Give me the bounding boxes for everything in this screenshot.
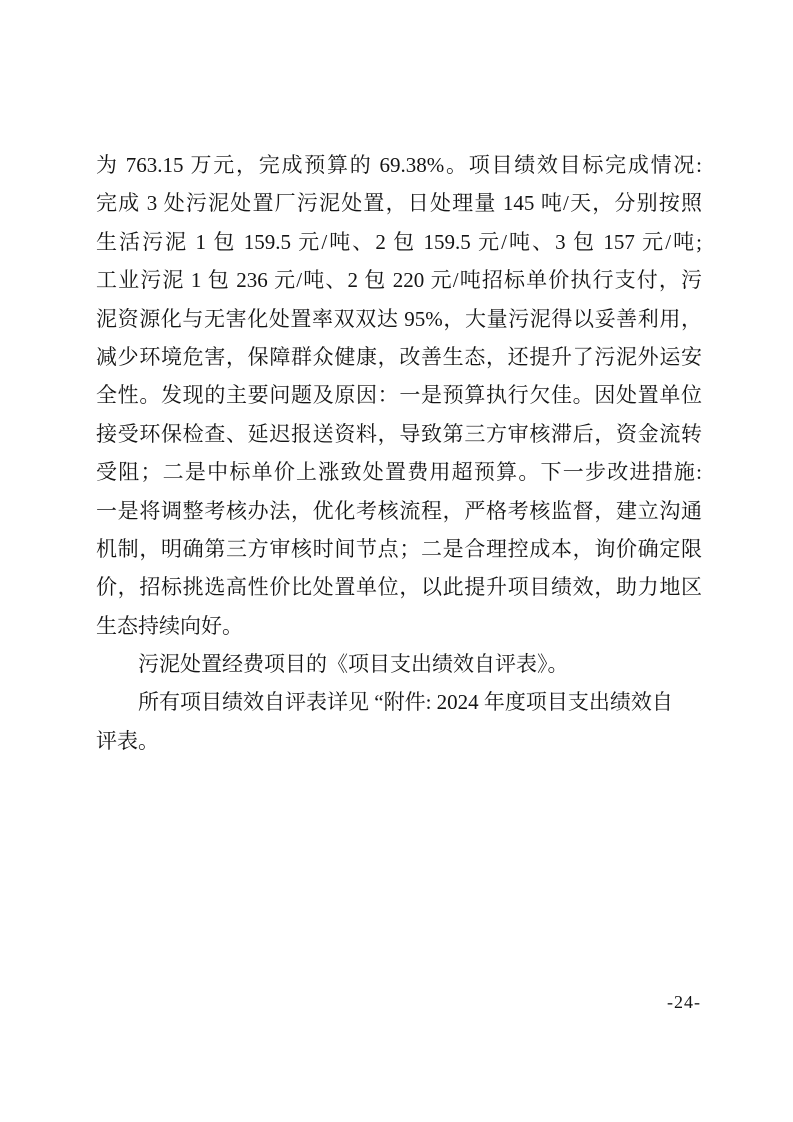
- text-line: 接受环保检查、延迟报送资料，导致第三方审核滞后，资金流转: [96, 415, 702, 453]
- text-line: 机制，明确第三方审核时间节点；二是合理控成本，询价确定限: [96, 530, 702, 568]
- text-line: 生活污泥 1 包 159.5 元/吨、2 包 159.5 元/吨、3 包 157…: [96, 223, 702, 261]
- text-line: 泥资源化与无害化处置率双双达 95%，大量污泥得以妥善利用，: [96, 300, 702, 338]
- text-line: 评表。: [96, 722, 702, 760]
- text-line: 污泥处置经费项目的《项目支出绩效自评表》。: [96, 645, 702, 683]
- text-line: 受阻；二是中标单价上涨致处置费用超预算。下一步改进措施:: [96, 453, 702, 491]
- body-text: 为 763.15 万元，完成预算的 69.38%。项目绩效目标完成情况: 完成 …: [96, 146, 702, 760]
- text-line: 一是将调整考核办法，优化考核流程，严格考核监督，建立沟通: [96, 492, 702, 530]
- text-line: 完成 3 处污泥处置厂污泥处置，日处理量 145 吨/天，分别按照: [96, 184, 702, 222]
- text-line: 为 763.15 万元，完成预算的 69.38%。项目绩效目标完成情况:: [96, 146, 702, 184]
- page-number: -24-: [667, 991, 701, 1013]
- text-line: 价，招标挑选高性价比处置单位，以此提升项目绩效，助力地区: [96, 568, 702, 606]
- text-line: 生态持续向好。: [96, 607, 702, 645]
- document-page: 为 763.15 万元，完成预算的 69.38%。项目绩效目标完成情况: 完成 …: [0, 0, 793, 1122]
- text-line: 工业污泥 1 包 236 元/吨、2 包 220 元/吨招标单价执行支付，污: [96, 261, 702, 299]
- text-line: 减少环境危害，保障群众健康，改善生态，还提升了污泥外运安: [96, 338, 702, 376]
- text-line: 全性。发现的主要问题及原因：一是预算执行欠佳。因处置单位: [96, 376, 702, 414]
- text-line: 所有项目绩效自评表详见 “附件: 2024 年度项目支出绩效自: [96, 683, 702, 721]
